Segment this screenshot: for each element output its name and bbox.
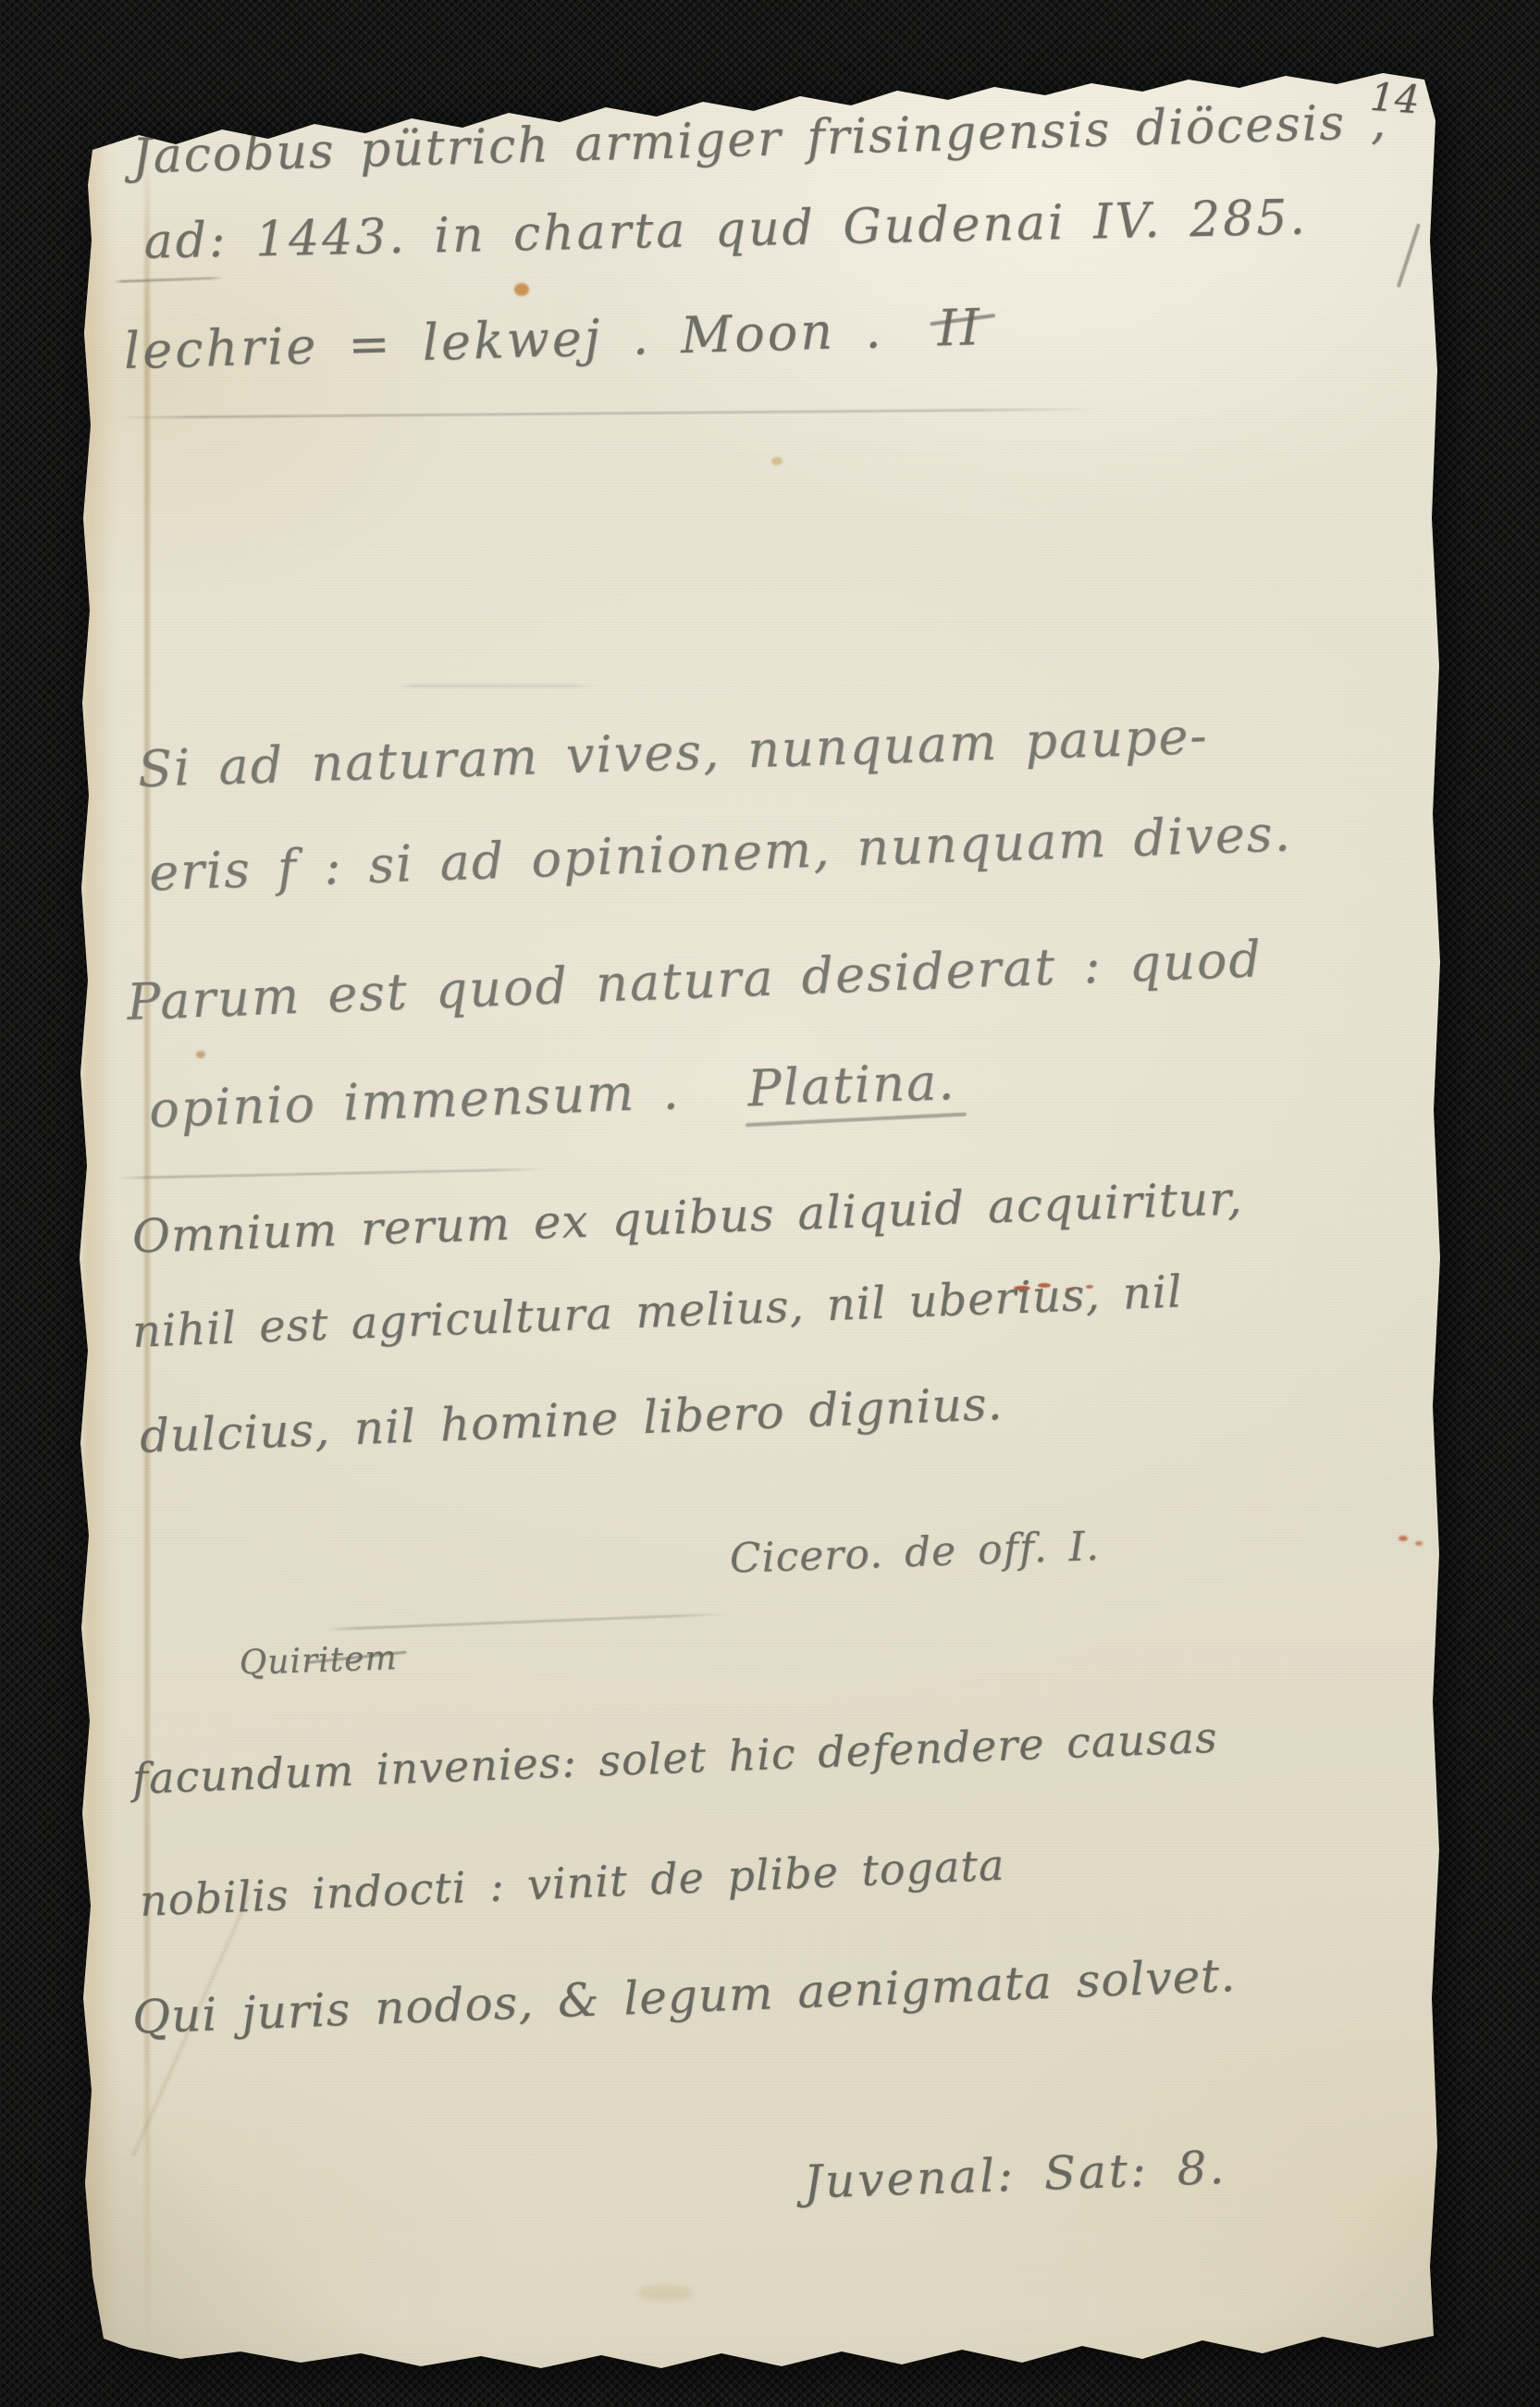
manuscript-photograph: 14 Jacobus pütrich armiger frisingensis …: [0, 0, 1540, 2407]
photo-vignette: [0, 0, 1540, 2407]
